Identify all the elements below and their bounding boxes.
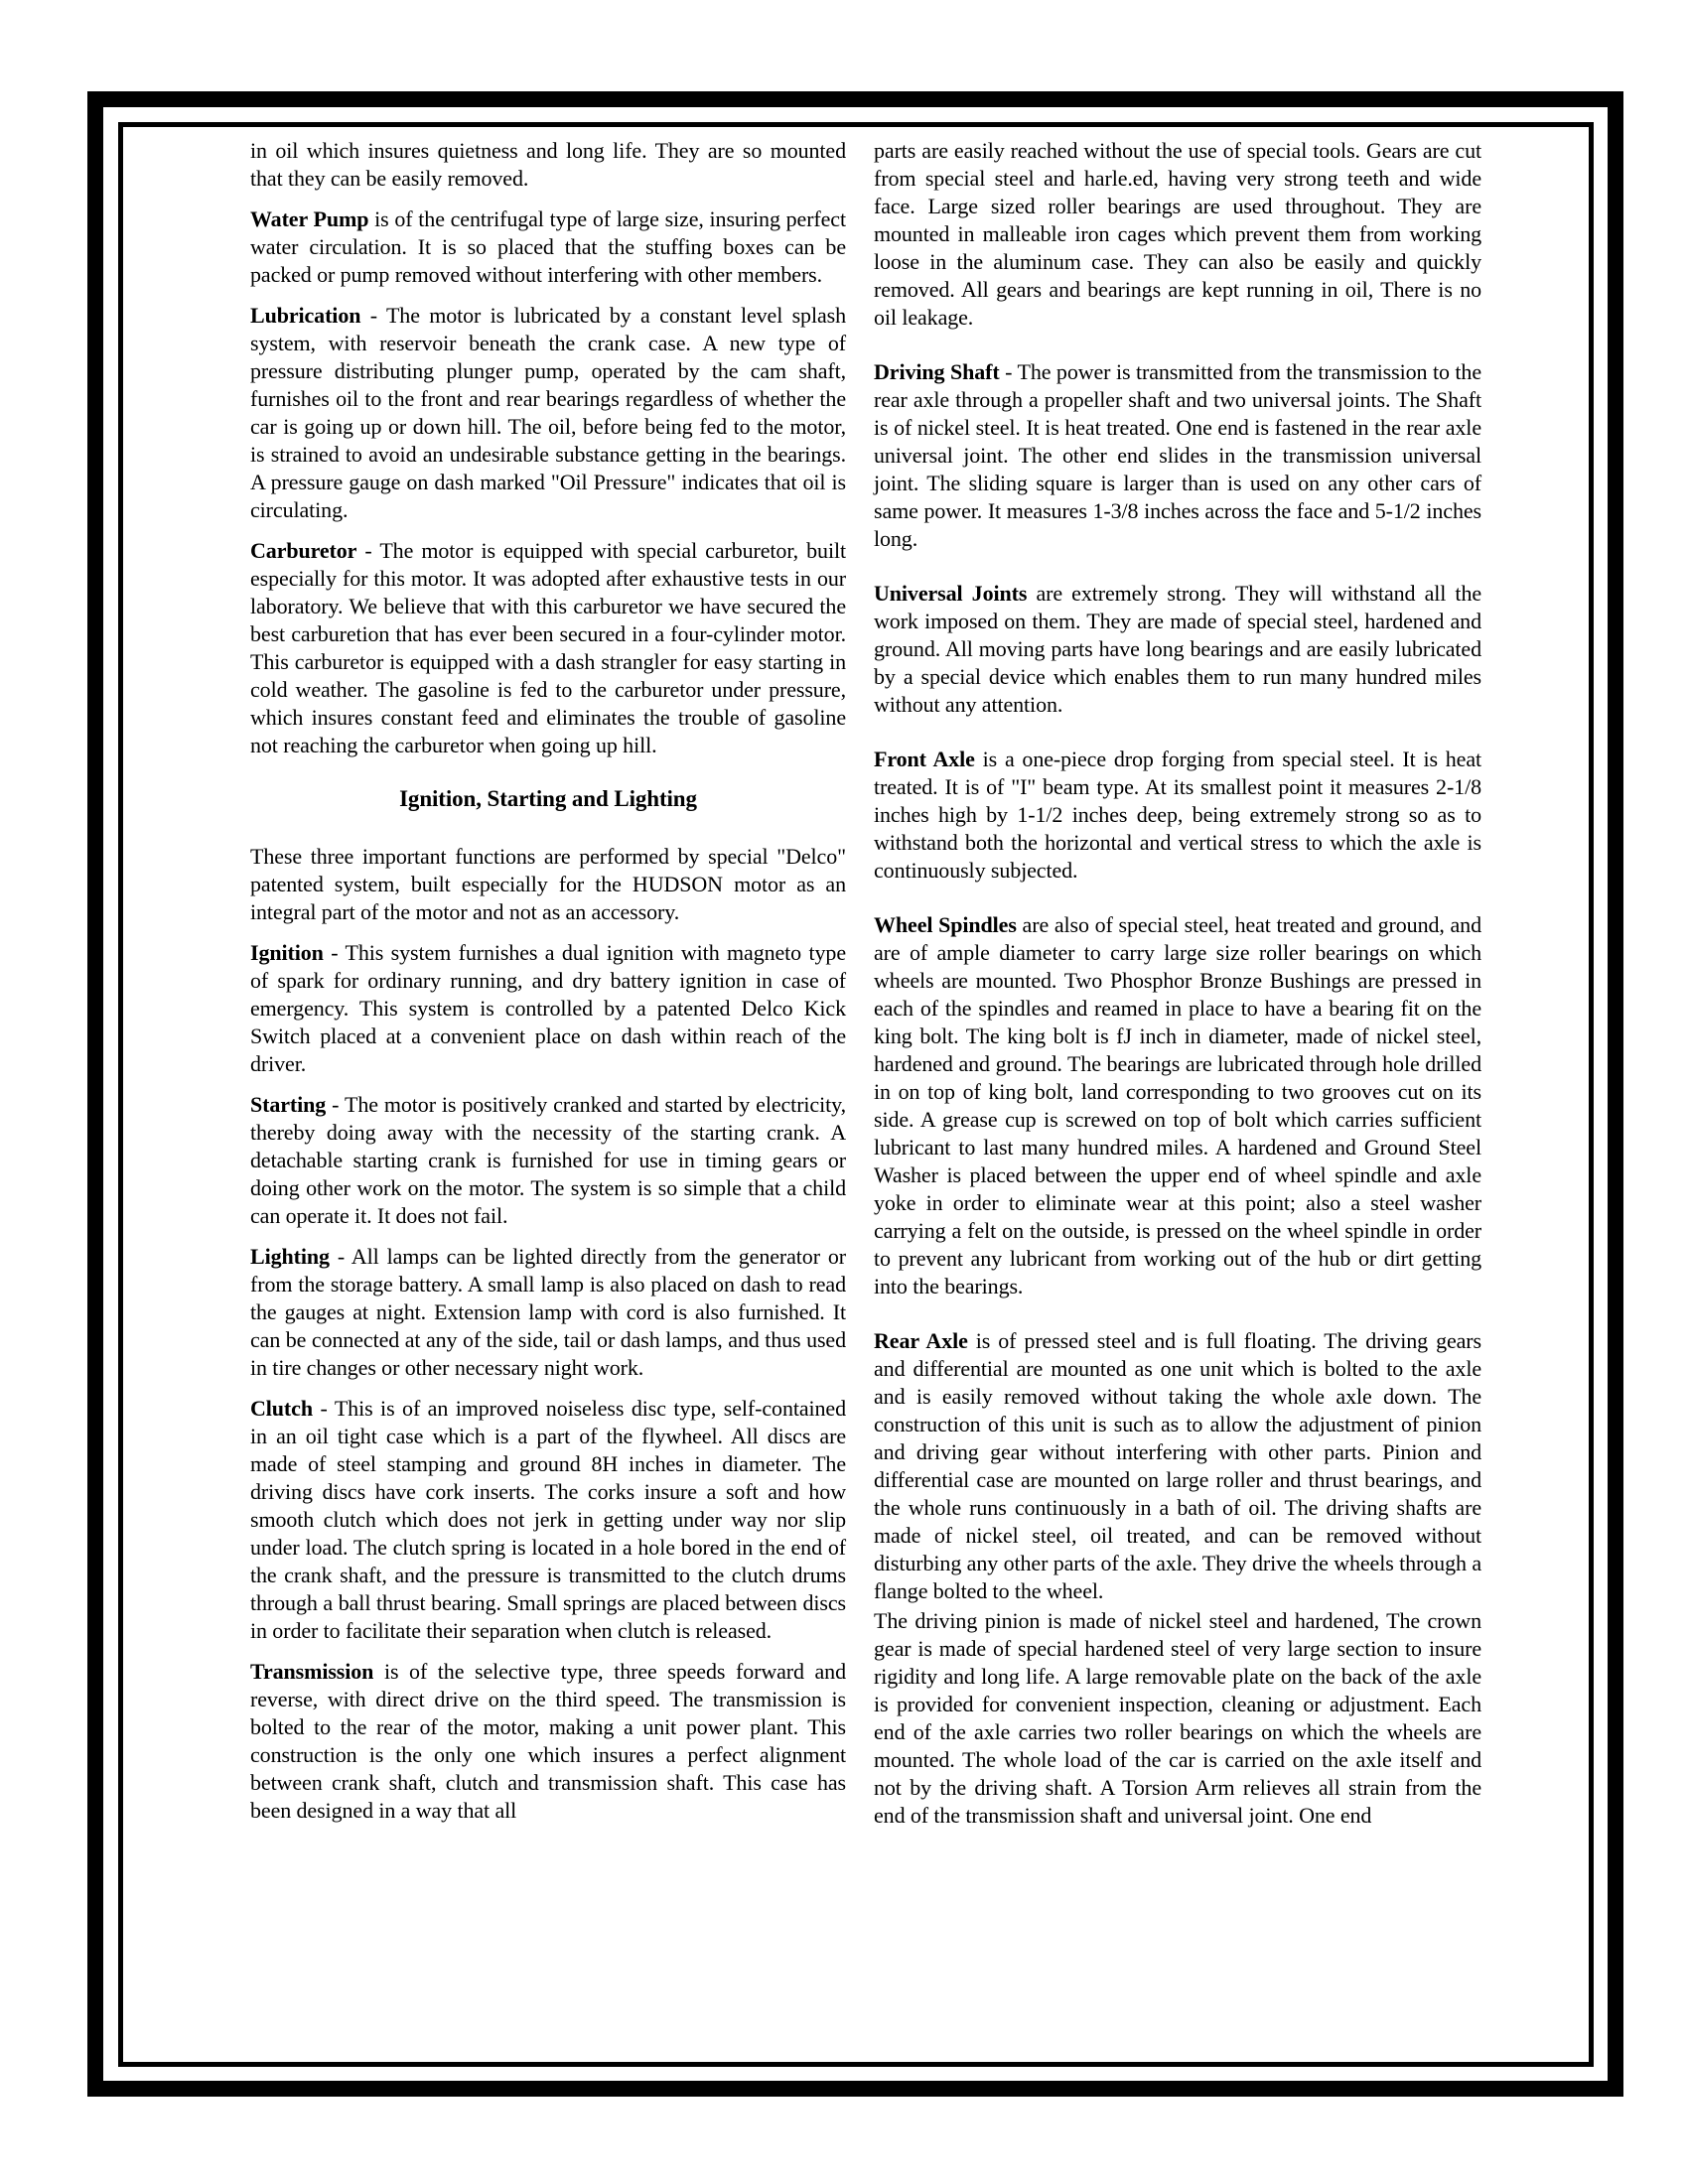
paragraph-lead: Lubrication <box>250 303 360 328</box>
paragraph-text: - The motor is equipped with special car… <box>250 538 846 757</box>
paragraph-text: is of pressed steel and is full floating… <box>874 1328 1481 1603</box>
paragraph-lead: Clutch <box>250 1396 313 1421</box>
section-heading: Ignition, Starting and Lighting <box>250 785 846 813</box>
paragraph-text: - This is of an improved noiseless disc … <box>250 1396 846 1643</box>
paragraph-lead: Water Pump <box>250 206 368 231</box>
paragraph-text: - This system furnishes a dual ignition … <box>250 940 846 1076</box>
paragraph-intro-continuation: in oil which insures quietness and long … <box>250 137 846 193</box>
paragraph-lead: Starting <box>250 1092 326 1117</box>
paragraph-driving-pinion: The driving pinion is made of nickel ste… <box>874 1607 1481 1830</box>
paragraph-lead: Carburetor <box>250 538 356 563</box>
paragraph-carburetor: Carburetor - The motor is equipped with … <box>250 537 846 759</box>
paragraph-delco-system: These three important functions are perf… <box>250 843 846 926</box>
left-column: in oil which insures quietness and long … <box>250 137 846 1838</box>
paragraph-transmission: Transmission is of the selective type, t… <box>250 1658 846 1825</box>
right-column: parts are easily reached without the use… <box>874 137 1481 1856</box>
paragraph-driving-shaft: Driving Shaft - The power is transmitted… <box>874 358 1481 553</box>
paragraph-lead: Lighting <box>250 1244 330 1269</box>
paragraph-gears-continuation: parts are easily reached without the use… <box>874 137 1481 332</box>
paragraph-lead: Front Axle <box>874 747 975 771</box>
paragraph-front-axle: Front Axle is a one-piece drop forging f… <box>874 746 1481 885</box>
paragraph-text: parts are easily reached without the use… <box>874 138 1481 330</box>
paragraph-text: - All lamps can be lighted directly from… <box>250 1244 846 1380</box>
paragraph-lead: Transmission <box>250 1659 373 1684</box>
paragraph-text: The driving pinion is made of nickel ste… <box>874 1608 1481 1828</box>
paragraph-starting: Starting - The motor is positively crank… <box>250 1091 846 1230</box>
paragraph-lead: Wheel Spindles <box>874 912 1017 937</box>
paragraph-ignition: Ignition - This system furnishes a dual … <box>250 939 846 1078</box>
paragraph-lighting: Lighting - All lamps can be lighted dire… <box>250 1243 846 1382</box>
paragraph-lead: Driving Shaft <box>874 359 1000 384</box>
paragraph-rear-axle: Rear Axle is of pressed steel and is ful… <box>874 1327 1481 1605</box>
paragraph-lead: Universal Joints <box>874 581 1027 606</box>
paragraph-universal-joints: Universal Joints are extremely strong. T… <box>874 580 1481 719</box>
paragraph-text: in oil which insures quietness and long … <box>250 138 846 191</box>
paragraph-text: These three important functions are perf… <box>250 844 846 924</box>
paragraph-text: are also of special steel, heat treated … <box>874 912 1481 1298</box>
paragraph-clutch: Clutch - This is of an improved noiseles… <box>250 1395 846 1645</box>
paragraph-lubrication: Lubrication - The motor is lubricated by… <box>250 302 846 524</box>
paragraph-lead: Ignition <box>250 940 324 965</box>
paragraph-text: - The motor is lubricated by a constant … <box>250 303 846 522</box>
paragraph-lead: Rear Axle <box>874 1328 968 1353</box>
paragraph-text: - The motor is positively cranked and st… <box>250 1092 846 1228</box>
paragraph-wheel-spindles: Wheel Spindles are also of special steel… <box>874 911 1481 1300</box>
paragraph-text: - The power is transmitted from the tran… <box>874 359 1481 551</box>
paragraph-water-pump: Water Pump is of the centrifugal type of… <box>250 205 846 289</box>
